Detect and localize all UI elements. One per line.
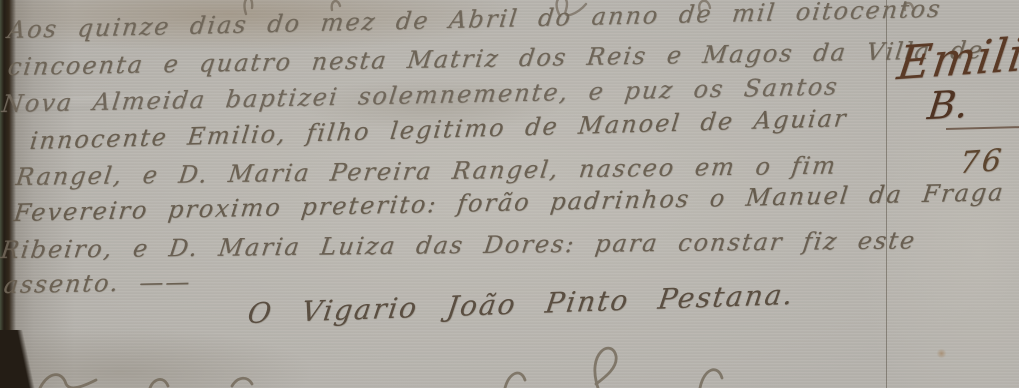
vicar-signature: O Vigario João Pinto Pestana. bbox=[246, 278, 797, 330]
ink-spot-stain bbox=[936, 349, 947, 358]
baptism-register-page: Aos quinze dias do mez de Abril do anno … bbox=[0, 0, 1019, 388]
record-line-1: Aos quinze dias do mez de Abril do anno … bbox=[6, 0, 943, 44]
margin-baptism-initial: B. bbox=[925, 82, 970, 128]
margin-child-name: Emilio bbox=[894, 25, 1019, 90]
margin-record-number: 76 bbox=[958, 143, 1006, 181]
margin-underline bbox=[946, 126, 1019, 130]
book-binding-corner bbox=[0, 330, 44, 388]
record-line-7: Ribeiro, e D. Maria Luiza das Dores: par… bbox=[0, 226, 918, 264]
record-line-8: assento. —— bbox=[2, 268, 193, 299]
